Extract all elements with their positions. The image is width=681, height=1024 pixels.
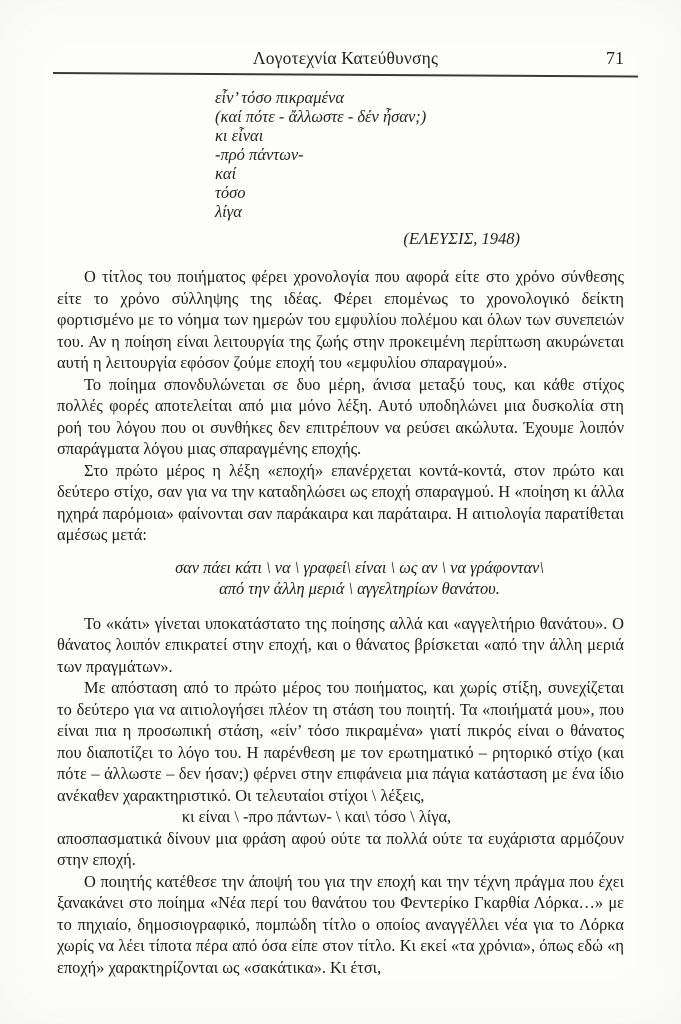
page-content: εἶν’ τόσο πικραμένα(καί πότε - ἄλλωστε -… [57,88,624,978]
body-text: Ο τίτλος του ποιήματος φέρει χρονολογία … [57,266,624,978]
paragraph: Ο ποιητής κατέθεσε την άποψή του για την… [57,871,624,979]
paragraph: Το ποίημα σπονδυλώνεται σε δυο μέρη, άνι… [57,374,624,460]
poem-attribution: (ΕΛΕΥΣΙΣ, 1948) [57,229,624,249]
running-title: Λογοτεχνία Κατεύθυνσης [53,48,638,69]
poem-line: (καί πότε - ἄλλωστε - δέν ἦσαν;) [215,107,624,126]
poem-line: τόσο [215,183,624,202]
paragraph-continuation: αποσπασματικά δίνουν μια φράση αφού ούτε… [57,828,624,871]
verse-line: κι είναι \ -προ πάντων- \ και\ τόσο \ λί… [33,806,600,828]
paragraph: Το «κάτι» γίνεται υποκατάστατο της ποίησ… [57,613,624,678]
quote-line: σαν πάει κάτι \ να \ γραφεί\ είναι \ ως … [76,557,643,578]
paragraph: Με απόσταση από το πρώτο μέρος του ποιήμ… [57,677,624,806]
poem-line: κι εἶναι [215,126,624,145]
poem-line: -πρό πάντων- [215,145,624,164]
poem-line: καί [215,164,624,183]
document-page: Λογοτεχνία Κατεύθυνσης 71 εἶν’ τόσο πικρ… [0,0,681,1024]
page-number: 71 [606,48,624,69]
page-header: Λογοτεχνία Κατεύθυνσης 71 [53,48,638,72]
paragraph: Ο τίτλος του ποιήματος φέρει χρονολογία … [57,266,624,374]
poem-line: εἶν’ τόσο πικραμένα [215,88,624,107]
quote-line: από την άλλη μεριά \ αγγελτηρίων θανάτου… [76,578,643,599]
poem-excerpt: εἶν’ τόσο πικραμένα(καί πότε - ἄλλωστε -… [215,88,624,221]
block-quote: σαν πάει κάτι \ να \ γραφεί\ είναι \ ως … [76,557,643,599]
poem-line: λίγα [215,202,624,221]
header-rule [53,72,638,77]
paragraph: Στο πρώτο μέρος η λέξη «εποχή» επανέρχετ… [57,460,624,546]
